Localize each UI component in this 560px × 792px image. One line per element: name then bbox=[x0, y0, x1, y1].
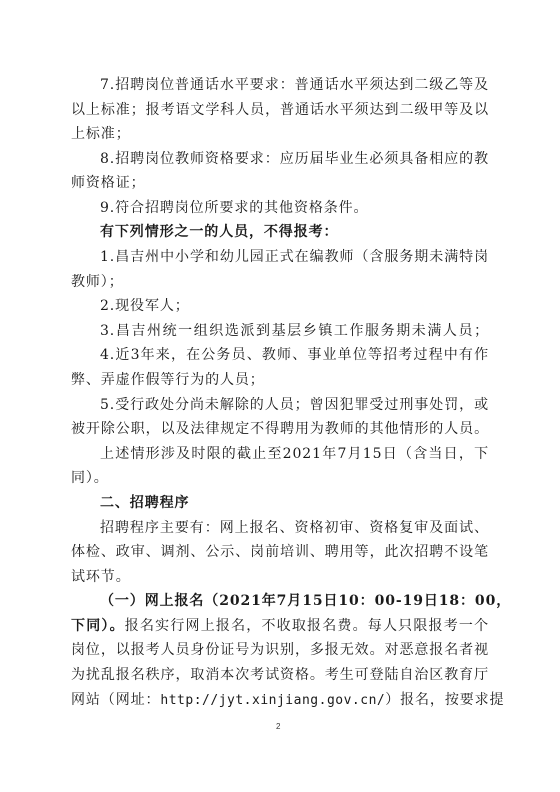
paragraph-line-mixed: 下同）。报名实行网上报名，不收取报名费。每人只限报考一个 bbox=[71, 614, 489, 638]
section-heading: 二、招聘程序 bbox=[100, 491, 489, 515]
paragraph-line-url: 网站（网址：http://jyt.xinjiang.gov.cn/）报名，按要求… bbox=[71, 688, 489, 712]
paragraph-line: 招聘程序主要有：网上报名、资格初审、资格复审及面试、 bbox=[100, 516, 489, 540]
paragraph-line: 1.昌吉州中小学和幼儿园正式在编教师（含服务期未满特岗 bbox=[100, 245, 489, 269]
document-page: 7.招聘岗位普通话水平要求：普通话水平须达到二级乙等及 以上标准；报考语文学科人… bbox=[0, 0, 560, 792]
paragraph-line: 岗位，以报考人员身份证号为识别，多报无效。对恶意报名者视 bbox=[71, 638, 489, 662]
website-url-link[interactable]: http://jyt.xinjiang.gov.cn/ bbox=[160, 693, 385, 708]
paragraph-line: 试环节。 bbox=[71, 565, 489, 589]
paragraph-line: 同）。 bbox=[71, 466, 489, 490]
paragraph-line: 2.现役军人； bbox=[100, 294, 489, 318]
paragraph-line: 弊、弄虚作假等行为的人员； bbox=[71, 368, 489, 392]
paragraph-text: 网站（网址： bbox=[71, 692, 160, 708]
paragraph-text: ）报名，按要求提 bbox=[385, 692, 504, 708]
paragraph-line: 上标准； bbox=[71, 122, 489, 146]
paragraph-line: 以上标准；报考语文学科人员，普通话水平须达到二级甲等及以 bbox=[71, 98, 489, 122]
paragraph-line: 教师）； bbox=[71, 270, 489, 294]
paragraph-line: 上述情形涉及时限的截止至2021年7月15日（含当日，下 bbox=[100, 442, 489, 466]
paragraph-line: 7.招聘岗位普通话水平要求：普通话水平须达到二级乙等及 bbox=[100, 73, 489, 97]
paragraph-line: 体检、政审、调剂、公示、岗前培训、聘用等，此次招聘不设笔 bbox=[71, 540, 489, 564]
subsection-heading: （一）网上报名（2021年7月15日10：00-19日18：00， bbox=[100, 589, 489, 613]
paragraph-line: 为扰乱报名秩序，取消本次考试资格。考生可登陆自治区教育厅 bbox=[71, 663, 489, 687]
subsection-heading-tail: 下同）。 bbox=[71, 618, 125, 634]
paragraph-line: 3.昌吉州统一组织选派到基层乡镇工作服务期未满人员； bbox=[100, 319, 489, 343]
paragraph-line: 4.近3年来，在公务员、教师、事业单位等招考过程中有作 bbox=[100, 343, 489, 367]
paragraph-line: 师资格证； bbox=[71, 171, 489, 195]
paragraph-line: 8.招聘岗位教师资格要求：应历届毕业生必须具备相应的教 bbox=[100, 147, 489, 171]
paragraph-line: 被开除公职，以及法律规定不得聘用为教师的其他情形的人员。 bbox=[71, 417, 489, 441]
page-number: 2 bbox=[276, 722, 280, 731]
paragraph-text: 报名实行网上报名，不收取报名费。每人只限报考一个 bbox=[125, 618, 489, 634]
section-subheading: 有下列情形之一的人员，不得报考： bbox=[100, 220, 489, 244]
paragraph-line: 9.符合招聘岗位所要求的其他资格条件。 bbox=[100, 196, 489, 220]
paragraph-line: 5.受行政处分尚未解除的人员；曾因犯罪受过刑事处罚，或 bbox=[100, 393, 489, 417]
